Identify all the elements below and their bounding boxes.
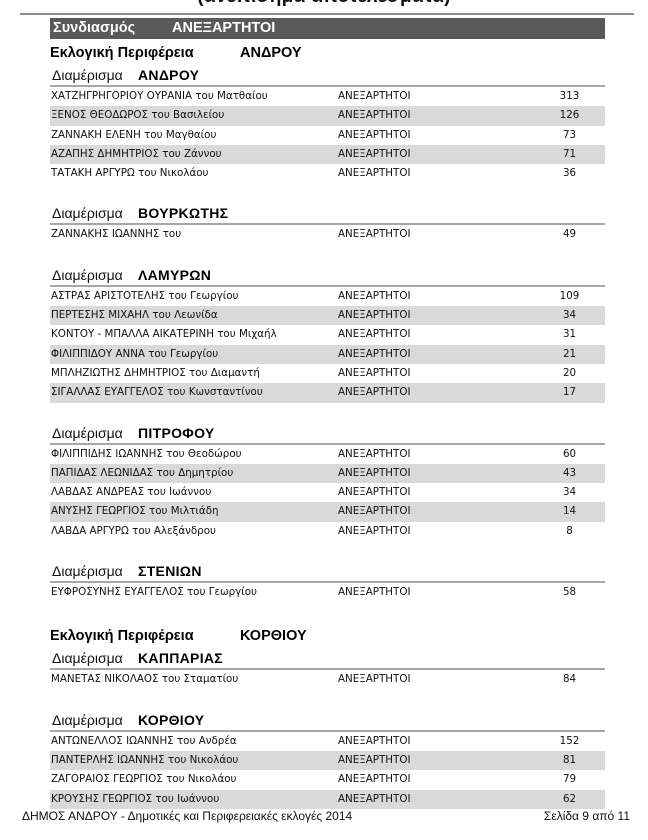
table-row: ΚΟΝΤΟΥ - ΜΠΑΛΛΑ ΑΙΚΑΤΕΡΙΝΗ του ΜιχαήλΑΝΕ…: [50, 325, 605, 344]
vote-count: 34: [542, 483, 597, 502]
vote-count: 152: [542, 732, 597, 751]
candidate-name: ΖΑΝΝΑΚΗΣ ΙΩΑΝΝΗΣ του: [51, 225, 181, 244]
district-heading: ΔιαμέρισμαΚΑΠΠΑΡΙΑΣ: [50, 648, 605, 670]
table-row: ΛΑΒΔΑ ΑΡΓΥΡΩ του ΑλεξάνδρουΑΝΕΞΑΡΤΗΤΟΙ8: [50, 522, 605, 541]
vote-count: 14: [542, 502, 597, 521]
title-divider: [20, 13, 634, 15]
vote-count: 58: [542, 583, 597, 602]
results-content: Εκλογική ΠεριφέρειαΑΝΔΡΟΥΔιαμέρισμαΑΝΔΡΟ…: [50, 41, 605, 809]
district-label: Διαμέρισμα: [52, 648, 123, 668]
table-row: ΠΑΠΙΔΑΣ ΛΕΩΝΙΔΑΣ του ΔημητρίουΑΝΕΞΑΡΤΗΤΟ…: [50, 464, 605, 483]
candidate-name: ΚΡΟΥΣΗΣ ΓΕΩΡΓΙΟΣ του Ιωάννου: [51, 790, 219, 809]
table-row: ΑΝΥΣΗΣ ΓΕΩΡΓΙΟΣ του ΜιλτιάδηΑΝΕΞΑΡΤΗΤΟΙ1…: [50, 502, 605, 521]
table-row: ΖΑΓΟΡΑΙΟΣ ΓΕΩΡΓΙΟΣ του ΝικολάουΑΝΕΞΑΡΤΗΤ…: [50, 770, 605, 789]
candidate-name: ΛΑΒΔΑ ΑΡΓΥΡΩ του Αλεξάνδρου: [51, 522, 216, 541]
electoral-region-heading: Εκλογική ΠεριφέρειαΑΝΔΡΟΥ: [50, 41, 605, 65]
candidate-name: ΠΕΡΤΕΣΗΣ ΜΙΧΑΗΛ του Λεωνίδα: [51, 306, 218, 325]
party-name: ΑΝΕΞΑΡΤΗΤΟΙ: [338, 345, 410, 364]
party-name: ΑΝΕΞΑΡΤΗΤΟΙ: [338, 670, 410, 689]
district-label: Διαμέρισμα: [52, 423, 123, 443]
district-heading: ΔιαμέρισμαΚΟΡΘΙΟΥ: [50, 710, 605, 732]
party-name: ΑΝΕΞΑΡΤΗΤΟΙ: [338, 106, 410, 125]
party-name: ΑΝΕΞΑΡΤΗΤΟΙ: [338, 483, 410, 502]
vote-count: 79: [542, 770, 597, 789]
vote-count: 71: [542, 145, 597, 164]
table-row: ΞΕΝΟΣ ΘΕΟΔΩΡΟΣ του ΒασιλείουΑΝΕΞΑΡΤΗΤΟΙ1…: [50, 106, 605, 125]
vote-count: 34: [542, 306, 597, 325]
page-number: Σελίδα 9 από 11: [544, 809, 630, 823]
candidate-name: ΑΣΤΡΑΣ ΑΡΙΣΤΟΤΕΛΗΣ του Γεωργίου: [51, 287, 238, 306]
party-name: ΑΝΕΞΑΡΤΗΤΟΙ: [338, 464, 410, 483]
district-heading: ΔιαμέρισμαΣΤΕΝΙΩΝ: [50, 561, 605, 583]
district-label: Διαμέρισμα: [52, 710, 123, 730]
candidate-name: ΜΑΝΕΤΑΣ ΝΙΚΟΛΑΟΣ του Σταματίου: [51, 670, 238, 689]
party-name: ΑΝΕΞΑΡΤΗΤΟΙ: [338, 790, 410, 809]
district-label: Διαμέρισμα: [52, 561, 123, 581]
vote-count: 73: [542, 126, 597, 145]
candidate-name: ΣΙΓΑΛΛΑΣ ΕΥΑΓΓΕΛΟΣ του Κωνσταντίνου: [51, 383, 263, 402]
vote-count: 43: [542, 464, 597, 483]
table-row: ΑΝΤΩΝΕΛΛΟΣ ΙΩΑΝΝΗΣ του ΑνδρέαΑΝΕΞΑΡΤΗΤΟΙ…: [50, 732, 605, 751]
candidate-name: ΖΑΝΝΑΚΗ ΕΛΕΝΗ του Μαγθαίου: [51, 126, 216, 145]
combination-label: Συνδιασμός: [53, 18, 135, 39]
vote-count: 62: [542, 790, 597, 809]
candidate-name: ΧΑΤΖΗΓΡΗΓΟΡΙΟΥ ΟΥΡΑΝΙΑ του Ματθαίου: [51, 87, 268, 106]
combination-header: Συνδιασμός ΑΝΕΞΑΡΤΗΤΟΙ: [50, 18, 605, 39]
table-row: ΖΑΝΝΑΚΗ ΕΛΕΝΗ του ΜαγθαίουΑΝΕΞΑΡΤΗΤΟΙ73: [50, 126, 605, 145]
party-name: ΑΝΕΞΑΡΤΗΤΟΙ: [338, 306, 410, 325]
table-row: ΑΣΤΡΑΣ ΑΡΙΣΤΟΤΕΛΗΣ του ΓεωργίουΑΝΕΞΑΡΤΗΤ…: [50, 287, 605, 306]
party-name: ΑΝΕΞΑΡΤΗΤΟΙ: [338, 126, 410, 145]
table-row: ΠΑΝΤΕΡΛΗΣ ΙΩΑΝΝΗΣ του ΝικολάουΑΝΕΞΑΡΤΗΤΟ…: [50, 751, 605, 770]
district-name: ΣΤΕΝΙΩΝ: [138, 561, 202, 581]
candidate-name: ΤΑΤΑΚΗ ΑΡΓΥΡΩ του Νικολάου: [51, 164, 209, 183]
district-name: ΚΟΡΘΙΟΥ: [138, 710, 204, 730]
table-row: ΤΑΤΑΚΗ ΑΡΓΥΡΩ του ΝικολάουΑΝΕΞΑΡΤΗΤΟΙ36: [50, 164, 605, 183]
candidate-name: ΦΙΛΙΠΠΙΔΟΥ ΑΝΝΑ του Γεωργίου: [51, 345, 218, 364]
table-row: ΦΙΛΙΠΠΙΔΗΣ ΙΩΑΝΝΗΣ του ΘεοδώρουΑΝΕΞΑΡΤΗΤ…: [50, 445, 605, 464]
candidate-name: ΜΠΛΗΖΙΩΤΗΣ ΔΗΜΗΤΡΙΟΣ του Διαμαντή: [51, 364, 260, 383]
candidate-name: ΚΟΝΤΟΥ - ΜΠΑΛΛΑ ΑΙΚΑΤΕΡΙΝΗ του Μιχαήλ: [51, 325, 277, 344]
party-name: ΑΝΕΞΑΡΤΗΤΟΙ: [338, 445, 410, 464]
party-name: ΑΝΕΞΑΡΤΗΤΟΙ: [338, 732, 410, 751]
party-name: ΑΝΕΞΑΡΤΗΤΟΙ: [338, 751, 410, 770]
region-name: ΚΟΡΘΙΟΥ: [240, 624, 307, 648]
party-name: ΑΝΕΞΑΡΤΗΤΟΙ: [338, 770, 410, 789]
table-row: ΠΕΡΤΕΣΗΣ ΜΙΧΑΗΛ του ΛεωνίδαΑΝΕΞΑΡΤΗΤΟΙ34: [50, 306, 605, 325]
region-label: Εκλογική Περιφέρεια: [50, 45, 194, 61]
district-name: ΑΝΔΡΟΥ: [138, 65, 199, 85]
party-name: ΑΝΕΞΑΡΤΗΤΟΙ: [338, 164, 410, 183]
party-name: ΑΝΕΞΑΡΤΗΤΟΙ: [338, 522, 410, 541]
candidate-name: ΞΕΝΟΣ ΘΕΟΔΩΡΟΣ του Βασιλείου: [51, 106, 224, 125]
candidate-name: ΦΙΛΙΠΠΙΔΗΣ ΙΩΑΝΝΗΣ του Θεοδώρου: [51, 445, 242, 464]
vote-count: 126: [542, 106, 597, 125]
vote-count: 49: [542, 225, 597, 244]
table-row: ΛΑΒΔΑΣ ΑΝΔΡΕΑΣ του ΙωάννουΑΝΕΞΑΡΤΗΤΟΙ34: [50, 483, 605, 502]
vote-count: 109: [542, 287, 597, 306]
vote-count: 81: [542, 751, 597, 770]
footer-municipality: ΔΗΜΟΣ ΑΝΔΡΟΥ - Δημοτικές και Περιφερειακ…: [22, 809, 352, 823]
vote-count: 36: [542, 164, 597, 183]
candidate-name: ΠΑΝΤΕΡΛΗΣ ΙΩΑΝΝΗΣ του Νικολάου: [51, 751, 238, 770]
vote-count: 8: [542, 522, 597, 541]
party-name: ΑΝΕΞΑΡΤΗΤΟΙ: [338, 225, 410, 244]
combination-value: ΑΝΕΞΑΡΤΗΤΟΙ: [172, 18, 275, 39]
party-name: ΑΝΕΞΑΡΤΗΤΟΙ: [338, 383, 410, 402]
vote-count: 21: [542, 345, 597, 364]
table-row: ΑΖΑΠΗΣ ΔΗΜΗΤΡΙΟΣ του ΖάννουΑΝΕΞΑΡΤΗΤΟΙ71: [50, 145, 605, 164]
candidate-name: ΠΑΠΙΔΑΣ ΛΕΩΝΙΔΑΣ του Δημητρίου: [51, 464, 233, 483]
district-heading: ΔιαμέρισμαΛΑΜΥΡΩΝ: [50, 265, 605, 287]
table-row: ΜΑΝΕΤΑΣ ΝΙΚΟΛΑΟΣ του ΣταματίουΑΝΕΞΑΡΤΗΤΟ…: [50, 670, 605, 689]
candidate-name: ΑΝΥΣΗΣ ΓΕΩΡΓΙΟΣ του Μιλτιάδη: [51, 502, 219, 521]
party-name: ΑΝΕΞΑΡΤΗΤΟΙ: [338, 502, 410, 521]
vote-count: 60: [542, 445, 597, 464]
district-label: Διαμέρισμα: [52, 203, 123, 223]
district-heading: ΔιαμέρισμαΠΙΤΡΟΦΟΥ: [50, 423, 605, 445]
report-title: (ανεπίσημα αποτελέσματα): [0, 0, 648, 8]
table-row: ΣΙΓΑΛΛΑΣ ΕΥΑΓΓΕΛΟΣ του ΚωνσταντίνουΑΝΕΞΑ…: [50, 383, 605, 402]
district-heading: ΔιαμέρισμαΑΝΔΡΟΥ: [50, 65, 605, 87]
party-name: ΑΝΕΞΑΡΤΗΤΟΙ: [338, 364, 410, 383]
table-row: ΧΑΤΖΗΓΡΗΓΟΡΙΟΥ ΟΥΡΑΝΙΑ του ΜατθαίουΑΝΕΞΑ…: [50, 87, 605, 106]
table-row: ΖΑΝΝΑΚΗΣ ΙΩΑΝΝΗΣ τουΑΝΕΞΑΡΤΗΤΟΙ49: [50, 225, 605, 244]
party-name: ΑΝΕΞΑΡΤΗΤΟΙ: [338, 583, 410, 602]
region-name: ΑΝΔΡΟΥ: [240, 41, 302, 65]
table-row: ΕΥΦΡΟΣΥΝΗΣ ΕΥΑΓΓΕΛΟΣ του ΓεωργίουΑΝΕΞΑΡΤ…: [50, 583, 605, 602]
district-heading: ΔιαμέρισμαΒΟΥΡΚΩΤΗΣ: [50, 203, 605, 225]
district-name: ΛΑΜΥΡΩΝ: [138, 265, 211, 285]
candidate-name: ΑΝΤΩΝΕΛΛΟΣ ΙΩΑΝΝΗΣ του Ανδρέα: [51, 732, 237, 751]
party-name: ΑΝΕΞΑΡΤΗΤΟΙ: [338, 87, 410, 106]
party-name: ΑΝΕΞΑΡΤΗΤΟΙ: [338, 145, 410, 164]
candidate-name: ΑΖΑΠΗΣ ΔΗΜΗΤΡΙΟΣ του Ζάννου: [51, 145, 222, 164]
region-label: Εκλογική Περιφέρεια: [50, 628, 194, 644]
electoral-region-heading: Εκλογική ΠεριφέρειαΚΟΡΘΙΟΥ: [50, 624, 605, 648]
district-label: Διαμέρισμα: [52, 265, 123, 285]
vote-count: 17: [542, 383, 597, 402]
candidate-name: ΖΑΓΟΡΑΙΟΣ ΓΕΩΡΓΙΟΣ του Νικολάου: [51, 770, 237, 789]
party-name: ΑΝΕΞΑΡΤΗΤΟΙ: [338, 287, 410, 306]
district-name: ΚΑΠΠΑΡΙΑΣ: [138, 648, 223, 668]
candidate-name: ΛΑΒΔΑΣ ΑΝΔΡΕΑΣ του Ιωάννου: [51, 483, 211, 502]
district-name: ΠΙΤΡΟΦΟΥ: [138, 423, 215, 443]
district-label: Διαμέρισμα: [52, 65, 123, 85]
vote-count: 20: [542, 364, 597, 383]
table-row: ΜΠΛΗΖΙΩΤΗΣ ΔΗΜΗΤΡΙΟΣ του ΔιαμαντήΑΝΕΞΑΡΤ…: [50, 364, 605, 383]
vote-count: 31: [542, 325, 597, 344]
party-name: ΑΝΕΞΑΡΤΗΤΟΙ: [338, 325, 410, 344]
vote-count: 313: [542, 87, 597, 106]
vote-count: 84: [542, 670, 597, 689]
table-row: ΚΡΟΥΣΗΣ ΓΕΩΡΓΙΟΣ του ΙωάννουΑΝΕΞΑΡΤΗΤΟΙ6…: [50, 790, 605, 809]
table-row: ΦΙΛΙΠΠΙΔΟΥ ΑΝΝΑ του ΓεωργίουΑΝΕΞΑΡΤΗΤΟΙ2…: [50, 345, 605, 364]
district-name: ΒΟΥΡΚΩΤΗΣ: [138, 203, 228, 223]
candidate-name: ΕΥΦΡΟΣΥΝΗΣ ΕΥΑΓΓΕΛΟΣ του Γεωργίου: [51, 583, 257, 602]
